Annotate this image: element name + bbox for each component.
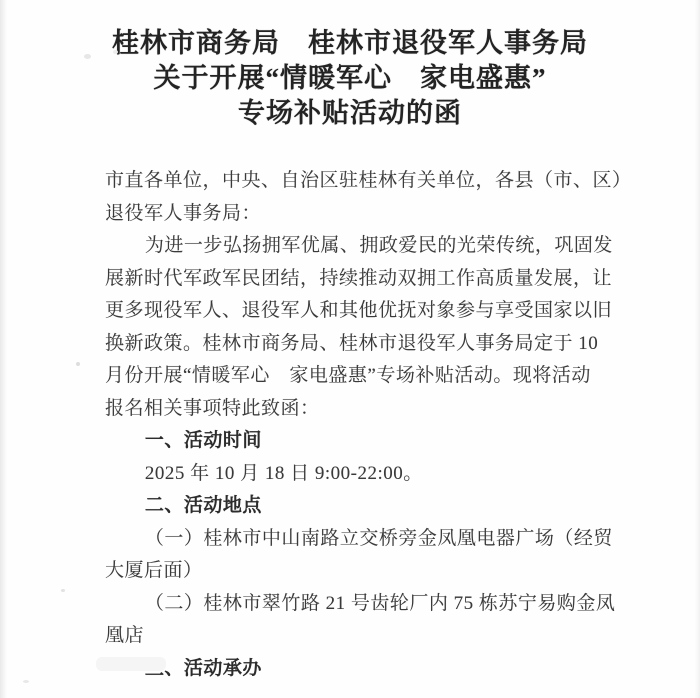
- salutation-line-1: 市直各单位，中央、自治区驻桂林有关单位，各县（市、区）: [105, 165, 665, 198]
- letter-body: 市直各单位，中央、自治区驻桂林有关单位，各县（市、区） 退役军人事务局： 为进一…: [105, 165, 665, 685]
- scan-artifact: [23, 680, 29, 683]
- intro-paragraph-line-6: 报名相关事项特此致函：: [105, 393, 665, 426]
- scan-artifact: [76, 362, 80, 366]
- venue-2-line-2: 凰店: [105, 620, 665, 653]
- letter-title: 桂林市商务局 桂林市退役军人事务局 关于开展“情暖军心 家电盛惠” 专场补贴活动…: [0, 26, 700, 131]
- venue-1-line-2: 大厦后面）: [105, 555, 665, 588]
- intro-paragraph-line-2: 展新时代军政军民团结，持续推动双拥工作高质量发展，让: [105, 263, 665, 296]
- intro-paragraph-line-1: 为进一步弘扬拥军优属、拥政爱民的光荣传统，巩固发: [105, 230, 665, 263]
- intro-paragraph-line-4: 换新政策。桂林市商务局、桂林市退役军人事务局定于 10: [105, 328, 665, 361]
- intro-paragraph-line-5: 月份开展“情暖军心 家电盛惠”专场补贴活动。现将活动: [105, 360, 665, 393]
- section-1-heading: 一、活动时间: [105, 425, 665, 458]
- venue-1-line-1: （一）桂林市中山南路立交桥旁金凤凰电器广场（经贸: [105, 523, 665, 556]
- letter-title-line-2: 关于开展“情暖军心 家电盛惠”: [0, 61, 700, 96]
- scanned-letter-page: 桂林市商务局 桂林市退役军人事务局 关于开展“情暖军心 家电盛惠” 专场补贴活动…: [0, 0, 700, 698]
- scan-artifact: [61, 589, 65, 592]
- letter-title-line-3: 专场补贴活动的函: [0, 96, 700, 131]
- section-3-heading: 三、活动承办: [105, 653, 665, 686]
- venue-2-line-1: （二）桂林市翠竹路 21 号齿轮厂内 75 栋苏宁易购金凤: [105, 588, 665, 621]
- salutation-line-2: 退役军人事务局：: [105, 198, 665, 231]
- section-2-heading: 二、活动地点: [105, 490, 665, 523]
- intro-paragraph-line-3: 更多现役军人、退役军人和其他优抚对象参与享受国家以旧: [105, 295, 665, 328]
- letter-title-line-1: 桂林市商务局 桂林市退役军人事务局: [0, 26, 700, 61]
- event-time-line: 2025 年 10 月 18 日 9:00-22:00。: [105, 458, 665, 491]
